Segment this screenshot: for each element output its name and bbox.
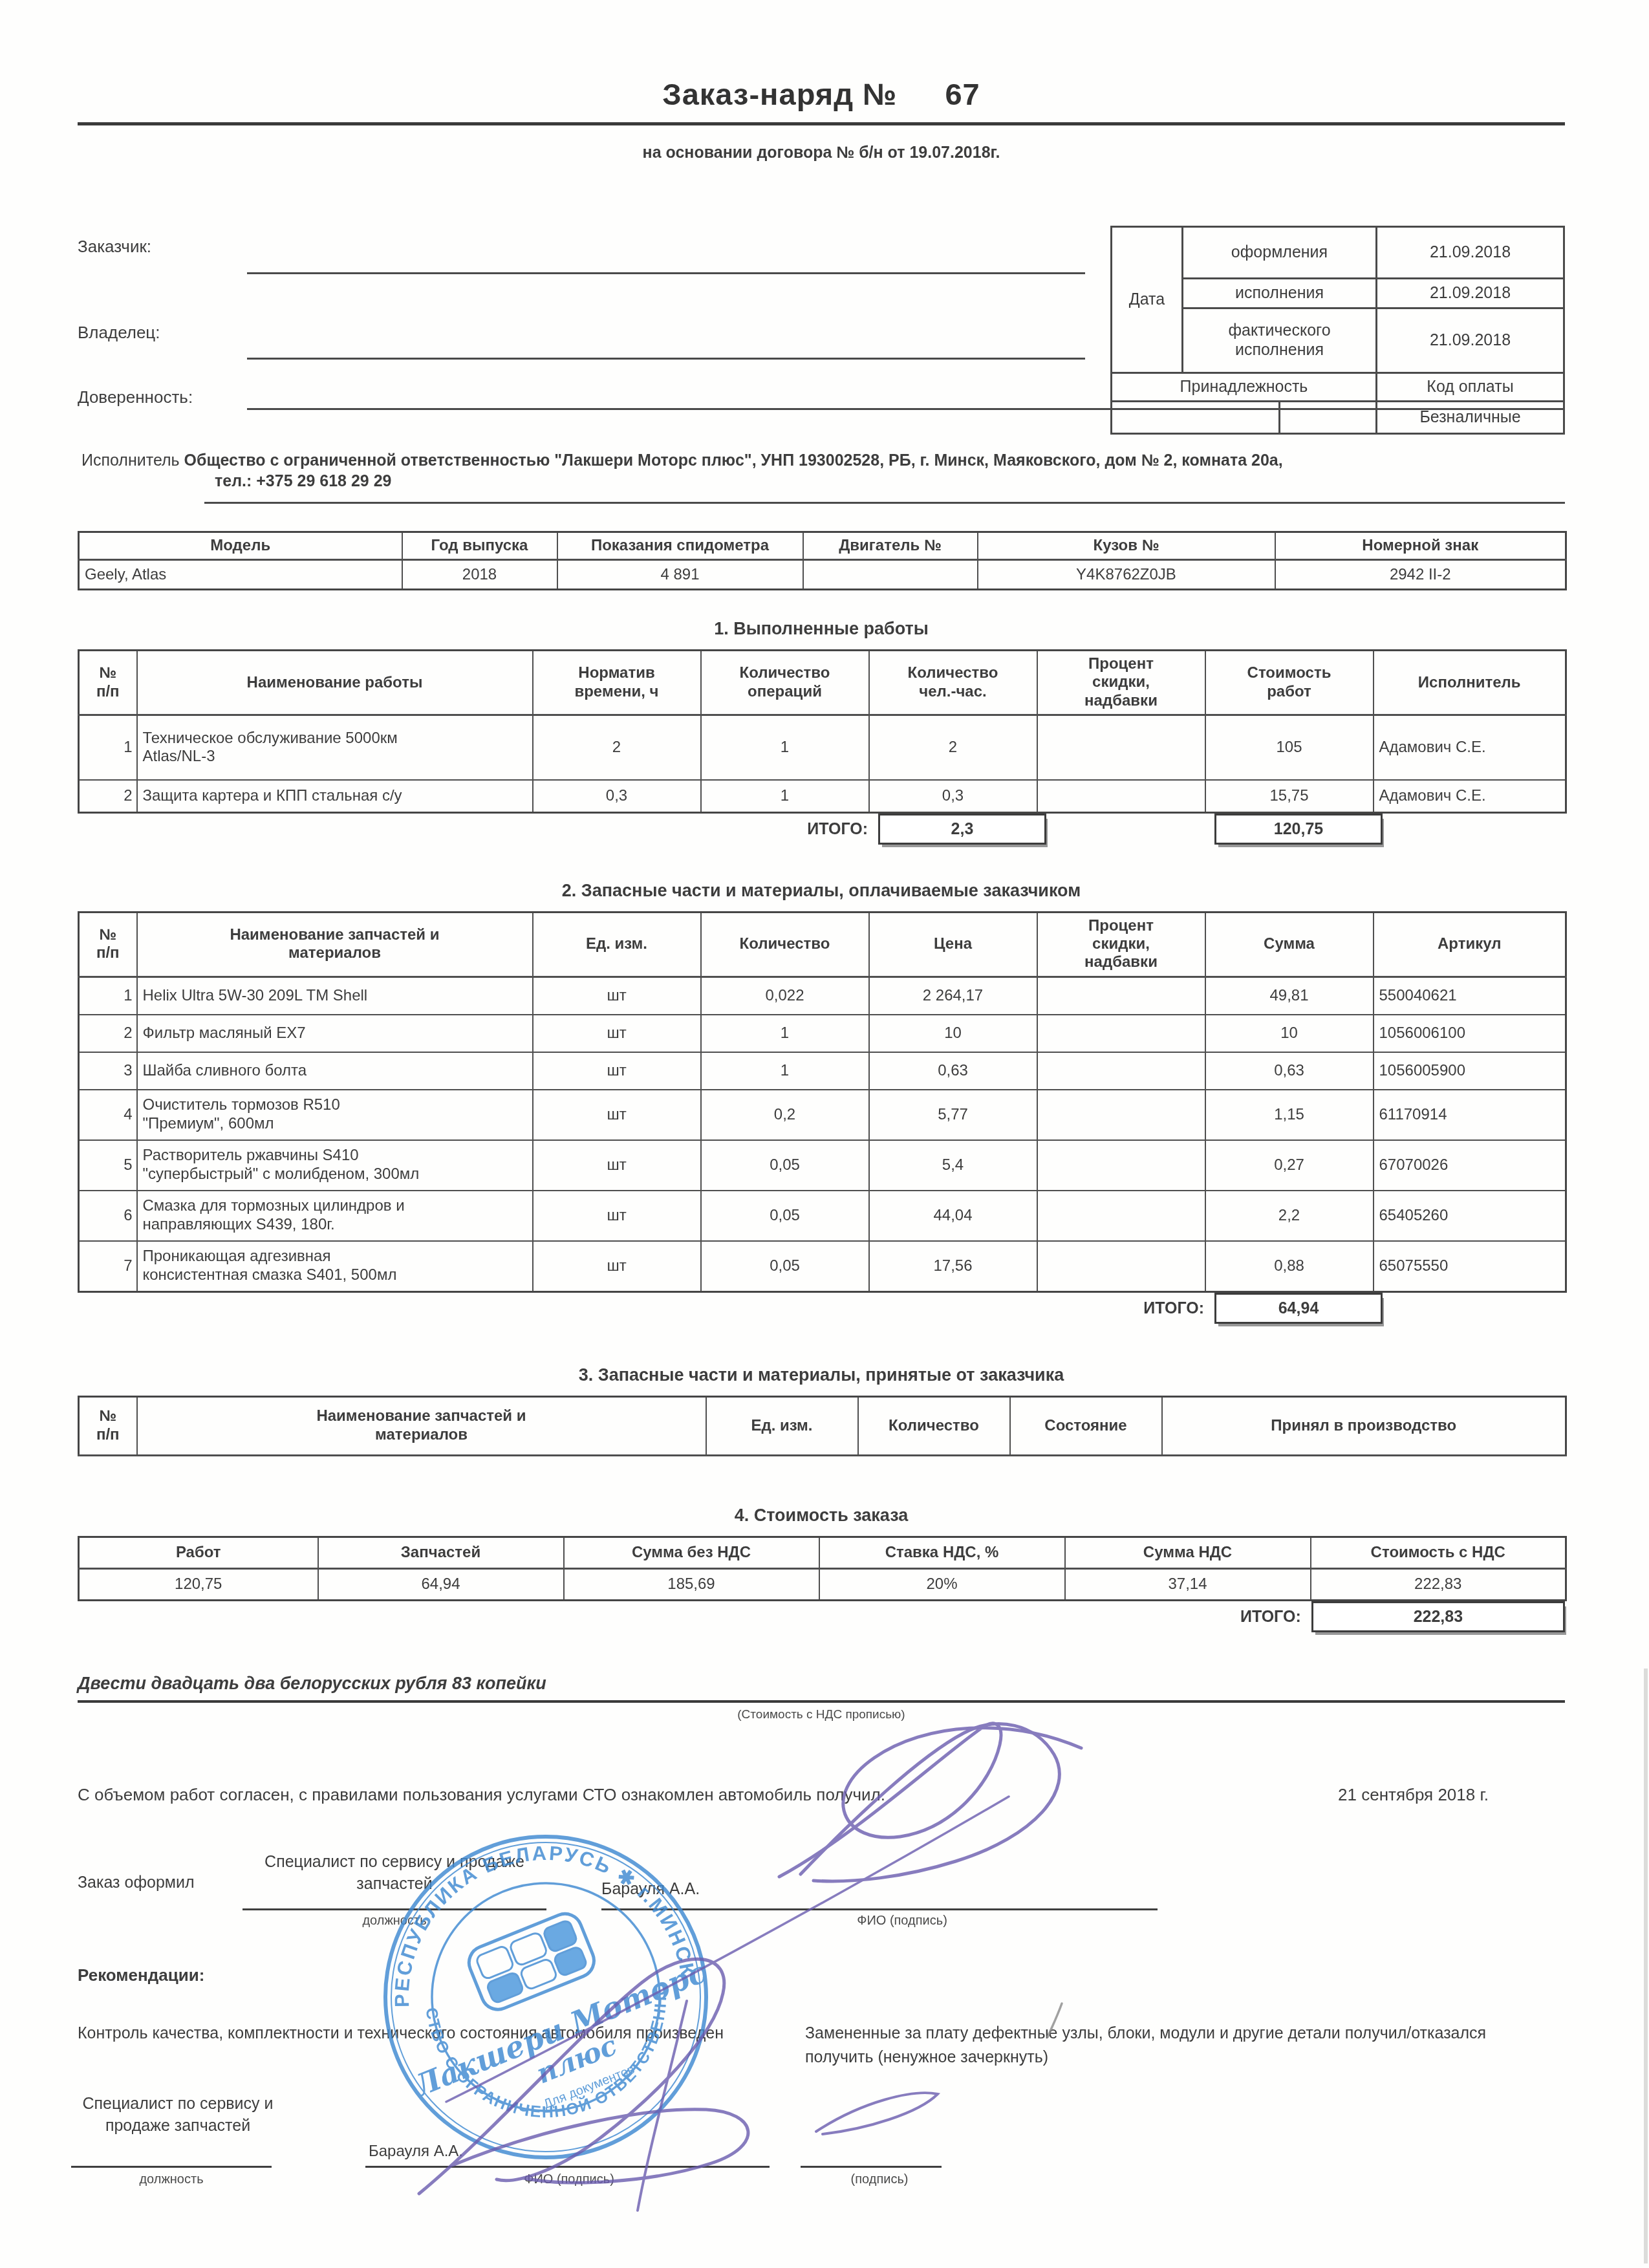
name-line-2 bbox=[365, 2166, 770, 2168]
vehicle-body: Y4K8762Z0JB bbox=[978, 560, 1275, 590]
parts-row: 4 Очиститель тормозов R510 "Премиум", 60… bbox=[79, 1090, 1566, 1140]
amount-in-words: Двести двадцать два белорусских рубля 83… bbox=[78, 1674, 1565, 1703]
date-exec-label: исполнения bbox=[1183, 279, 1377, 308]
cell: 2 bbox=[79, 780, 137, 812]
scan-edge-artifact bbox=[1644, 1669, 1648, 2263]
cost-col-net: Сумма без НДС bbox=[564, 1537, 819, 1568]
cell bbox=[1037, 1015, 1205, 1052]
sign-line-2 bbox=[801, 2166, 942, 2168]
parts-col-name: Наименование запчастей и материалов bbox=[137, 912, 533, 977]
cell: Helix Ultra 5W-30 209L TM Shell bbox=[137, 977, 533, 1015]
cell: 0,022 bbox=[701, 977, 869, 1015]
parts-row: 7 Проникающая адгезивная консистентная с… bbox=[79, 1241, 1566, 1292]
parts-col-num: № п/п bbox=[79, 912, 137, 977]
section4-title: 4. Стоимость заказа bbox=[78, 1506, 1565, 1526]
cell: 20% bbox=[819, 1568, 1065, 1600]
vehicle-engine bbox=[803, 560, 978, 590]
cell bbox=[1037, 1052, 1205, 1090]
cell: 2 bbox=[533, 715, 701, 781]
cell: 105 bbox=[1205, 715, 1374, 781]
works-total-label: ИТОГО: bbox=[78, 814, 878, 845]
client-col-qty: Количество bbox=[858, 1396, 1010, 1455]
cell: 15,75 bbox=[1205, 780, 1374, 812]
date-actual-label: фактического исполнения bbox=[1183, 308, 1377, 373]
client-col-accepted: Принял в производство bbox=[1162, 1396, 1566, 1455]
parts-row: 3 Шайба сливного болта шт 1 0,63 0,63 10… bbox=[79, 1052, 1566, 1090]
executor-phone: тел.: +375 29 618 29 29 bbox=[215, 471, 1565, 491]
acknowledgment-date: 21 сентября 2018 г. bbox=[1338, 1782, 1489, 1808]
cell: Защита картера и КПП стальная с/у bbox=[137, 780, 533, 812]
belonging-label: Принадлежность bbox=[1112, 373, 1377, 402]
date-actual-value: 21.09.2018 bbox=[1377, 308, 1564, 373]
position-text-2: Специалист по сервису и продаже запчасте… bbox=[78, 2093, 278, 2137]
cell: Проникающая адгезивная консистентная сма… bbox=[137, 1241, 533, 1292]
cell: 64,94 bbox=[318, 1568, 564, 1600]
cell: 6 bbox=[79, 1191, 137, 1241]
cell: 7 bbox=[79, 1241, 137, 1292]
parts-col-discount: Процент скидки, надбавки bbox=[1037, 912, 1205, 977]
customer-label: Заказчик: bbox=[78, 237, 151, 257]
vehicle-col-odometer: Показания спидометра bbox=[557, 532, 803, 560]
cell: 0,27 bbox=[1205, 1140, 1374, 1191]
spacer bbox=[1046, 814, 1214, 845]
cell: 1,15 bbox=[1205, 1090, 1374, 1140]
belonging-cell-1 bbox=[1112, 402, 1280, 434]
parts-col-sku: Артикул bbox=[1374, 912, 1566, 977]
cell: 17,56 bbox=[869, 1241, 1037, 1292]
cost-row: 120,75 64,94 185,69 20% 37,14 222,83 bbox=[79, 1568, 1566, 1600]
parts-col-price: Цена bbox=[869, 912, 1037, 977]
vehicle-year: 2018 bbox=[402, 560, 557, 590]
signature-block-1: Заказ оформил Специалист по сервису и пр… bbox=[78, 1846, 1565, 1950]
works-row: 2 Защита картера и КПП стальная с/у 0,3 … bbox=[79, 780, 1566, 812]
client-col-num: № п/п bbox=[79, 1396, 137, 1455]
works-total-row: ИТОГО: 2,3 120,75 bbox=[78, 814, 1565, 845]
cell: шт bbox=[533, 1191, 701, 1241]
header-rule bbox=[78, 122, 1565, 125]
payment-method: Безналичные bbox=[1377, 402, 1564, 434]
agreement-text: С объемом работ согласен, с правилами по… bbox=[78, 1782, 1048, 1808]
cost-col-gross: Стоимость с НДС bbox=[1311, 1537, 1566, 1568]
cell bbox=[1037, 715, 1205, 781]
works-col-cost: Стоимость работ bbox=[1205, 651, 1374, 715]
order-number: 67 bbox=[945, 76, 980, 112]
parts-total-label: ИТОГО: bbox=[78, 1293, 1214, 1324]
amount-caption: (Стоимость с НДС прописью) bbox=[78, 1708, 1565, 1722]
date-group-label: Дата bbox=[1112, 227, 1183, 373]
parts-col-sum: Сумма bbox=[1205, 912, 1374, 977]
cell: 65405260 bbox=[1374, 1191, 1566, 1241]
cost-col-works: Работ bbox=[79, 1537, 318, 1568]
cell: Шайба сливного болта bbox=[137, 1052, 533, 1090]
name-line-1 bbox=[601, 1908, 1158, 1911]
cell: Смазка для тормозных цилиндров и направл… bbox=[137, 1191, 533, 1241]
cost-total-value: 222,83 bbox=[1311, 1601, 1565, 1632]
client-parts-table: № п/п Наименование запчастей и материало… bbox=[78, 1396, 1567, 1456]
owner-label: Владелец: bbox=[78, 323, 160, 343]
section3-title: 3. Запасные части и материалы, принятые … bbox=[78, 1365, 1565, 1385]
cell: 0,05 bbox=[701, 1140, 869, 1191]
cell: 1 bbox=[701, 1015, 869, 1052]
parts-row: 2 Фильтр масляный EX7 шт 1 10 10 1056006… bbox=[79, 1015, 1566, 1052]
cell: 0,3 bbox=[869, 780, 1037, 812]
poa-label: Доверенность: bbox=[78, 387, 193, 407]
cell: 49,81 bbox=[1205, 977, 1374, 1015]
cost-total-label: ИТОГО: bbox=[78, 1601, 1311, 1632]
parts-total-sum: 64,94 bbox=[1214, 1293, 1383, 1324]
works-total-cost: 120,75 bbox=[1214, 814, 1383, 845]
works-table: № п/п Наименование работы Норматив време… bbox=[78, 649, 1567, 814]
works-col-name: Наименование работы bbox=[137, 651, 533, 715]
works-col-time: Норматив времени, ч bbox=[533, 651, 701, 715]
parts-total-row: ИТОГО: 64,94 bbox=[78, 1293, 1565, 1324]
section2-title: 2. Запасные части и материалы, оплачивае… bbox=[78, 881, 1565, 901]
owner-line bbox=[247, 358, 1085, 360]
replaced-parts-text: Замененные за плату дефектные узлы, блок… bbox=[805, 2022, 1491, 2070]
vehicle-col-model: Модель bbox=[79, 532, 402, 560]
works-col-num: № п/п bbox=[79, 651, 137, 715]
parts-col-qty: Количество bbox=[701, 912, 869, 977]
cell: Фильтр масляный EX7 bbox=[137, 1015, 533, 1052]
client-col-name: Наименование запчастей и материалов bbox=[137, 1396, 706, 1455]
cell: 2 bbox=[79, 1015, 137, 1052]
signer-name-1: Барауля А.А. bbox=[601, 1880, 700, 1899]
cost-col-vat-rate: Ставка НДС, % bbox=[819, 1537, 1065, 1568]
cell: шт bbox=[533, 1241, 701, 1292]
works-col-ops: Количество операций bbox=[701, 651, 869, 715]
cell: 10 bbox=[869, 1015, 1037, 1052]
cell: 0,05 bbox=[701, 1191, 869, 1241]
position-line-1 bbox=[242, 1908, 546, 1911]
parties-block: Заказчик: Владелец: Доверенность: Дата о… bbox=[78, 208, 1565, 531]
cell: 0,88 bbox=[1205, 1241, 1374, 1292]
cell: шт bbox=[533, 977, 701, 1015]
cell: шт bbox=[533, 1140, 701, 1191]
cell: 1 bbox=[79, 715, 137, 781]
vehicle-col-plate: Номерной знак bbox=[1275, 532, 1566, 560]
belonging-cell-2 bbox=[1280, 402, 1377, 434]
parts-row: 6 Смазка для тормозных цилиндров и напра… bbox=[79, 1191, 1566, 1241]
cell: 4 bbox=[79, 1090, 137, 1140]
cell: 10 bbox=[1205, 1015, 1374, 1052]
works-row: 1 Техническое обслуживание 5000км Atlas/… bbox=[79, 715, 1566, 781]
cell: 120,75 bbox=[79, 1568, 318, 1600]
works-col-discount: Процент скидки, надбавки bbox=[1037, 651, 1205, 715]
date-exec-value: 21.09.2018 bbox=[1377, 279, 1564, 308]
vehicle-col-body: Кузов № bbox=[978, 532, 1275, 560]
cost-col-parts: Запчастей bbox=[318, 1537, 564, 1568]
cell: шт bbox=[533, 1052, 701, 1090]
cell bbox=[1037, 1140, 1205, 1191]
sign-caption-2: (подпись) bbox=[808, 2172, 951, 2187]
name-caption-1: ФИО (подпись) bbox=[757, 1914, 1048, 1928]
title-label: Заказ-наряд № bbox=[662, 76, 897, 112]
cell bbox=[1037, 1191, 1205, 1241]
cell: 1056006100 bbox=[1374, 1015, 1566, 1052]
position-caption-1: должность bbox=[242, 1914, 546, 1928]
work-order-document: Заказ-наряд № 67 на основании договора №… bbox=[0, 0, 1649, 2268]
works-col-manhours: Количество чел.-час. bbox=[869, 651, 1037, 715]
cell: 61170914 bbox=[1374, 1090, 1566, 1140]
cell: шт bbox=[533, 1090, 701, 1140]
cell: 5 bbox=[79, 1140, 137, 1191]
cell bbox=[1037, 1241, 1205, 1292]
cell bbox=[1037, 780, 1205, 812]
signature-block-2: Специалист по сервису и продаже запчасте… bbox=[78, 2093, 1565, 2249]
cell: 1 bbox=[701, 715, 869, 781]
cell: Растворитель ржавчины S410 "супербыстрый… bbox=[137, 1140, 533, 1191]
cell: 1 bbox=[79, 977, 137, 1015]
cell: 185,69 bbox=[564, 1568, 819, 1600]
cell: 2 264,17 bbox=[869, 977, 1037, 1015]
cell: 0,3 bbox=[533, 780, 701, 812]
vehicle-col-engine: Двигатель № bbox=[803, 532, 978, 560]
vehicle-odometer: 4 891 bbox=[557, 560, 803, 590]
client-col-state: Состояние bbox=[1010, 1396, 1162, 1455]
cell: 222,83 bbox=[1311, 1568, 1566, 1600]
date-issue-value: 21.09.2018 bbox=[1377, 227, 1564, 279]
executor-block: Исполнитель Общество с ограниченной отве… bbox=[81, 450, 1565, 491]
cost-col-vat: Сумма НДС bbox=[1065, 1537, 1311, 1568]
executor-underline bbox=[204, 502, 1565, 504]
client-col-unit: Ед. изм. bbox=[706, 1396, 858, 1455]
cell: Техническое обслуживание 5000км Atlas/NL… bbox=[137, 715, 533, 781]
cell: 0,63 bbox=[1205, 1052, 1374, 1090]
vehicle-row: Geely, Atlas 2018 4 891 Y4K8762Z0JB 2942… bbox=[79, 560, 1566, 590]
cell: 65075550 bbox=[1374, 1241, 1566, 1292]
cell: 44,04 bbox=[869, 1191, 1037, 1241]
cell: 5,4 bbox=[869, 1140, 1037, 1191]
cell: 550040621 bbox=[1374, 977, 1566, 1015]
cell: шт bbox=[533, 1015, 701, 1052]
cell: Адамович С.Е. bbox=[1374, 715, 1566, 781]
vehicle-plate: 2942 II-2 bbox=[1275, 560, 1566, 590]
vehicle-model: Geely, Atlas bbox=[79, 560, 402, 590]
order-by-label: Заказ оформил bbox=[78, 1874, 195, 1892]
dates-table: Дата оформления 21.09.2018 исполнения 21… bbox=[1110, 226, 1565, 435]
cell: 0,05 bbox=[701, 1241, 869, 1292]
cell: 1 bbox=[701, 780, 869, 812]
acknowledgment-row: С объемом работ согласен, с правилами по… bbox=[78, 1782, 1565, 1808]
cell: 37,14 bbox=[1065, 1568, 1311, 1600]
vehicle-col-year: Год выпуска bbox=[402, 532, 557, 560]
position-line-2 bbox=[71, 2166, 272, 2168]
name-caption-2: ФИО (подпись) bbox=[440, 2172, 698, 2187]
page-title: Заказ-наряд № 67 bbox=[78, 76, 1565, 112]
cell: Адамович С.Е. bbox=[1374, 780, 1566, 812]
cell: 1 bbox=[701, 1052, 869, 1090]
cell: 2,2 bbox=[1205, 1191, 1374, 1241]
cell: 67070026 bbox=[1374, 1140, 1566, 1191]
quality-control-text: Контроль качества, комплектности и техни… bbox=[78, 2022, 753, 2070]
cell: 1056005900 bbox=[1374, 1052, 1566, 1090]
cell: Очиститель тормозов R510 "Премиум", 600м… bbox=[137, 1090, 533, 1140]
cost-total-row: ИТОГО: 222,83 bbox=[78, 1601, 1565, 1632]
works-col-executor: Исполнитель bbox=[1374, 651, 1566, 715]
cell: 3 bbox=[79, 1052, 137, 1090]
executor-prefix: Исполнитель bbox=[81, 451, 180, 470]
cell: 0,2 bbox=[701, 1090, 869, 1140]
works-total-hours: 2,3 bbox=[878, 814, 1046, 845]
control-row: Контроль качества, комплектности и техни… bbox=[78, 2022, 1565, 2070]
cell: 0,63 bbox=[869, 1052, 1037, 1090]
executor-company: Общество с ограниченной ответственностью… bbox=[184, 451, 1283, 470]
cell: 5,77 bbox=[869, 1090, 1037, 1140]
parts-row: 1 Helix Ultra 5W-30 209L TM Shell шт 0,0… bbox=[79, 977, 1566, 1015]
recommendations-label: Рекомендации: bbox=[78, 1965, 1565, 1985]
parts-table: № п/п Наименование запчастей и материало… bbox=[78, 911, 1567, 1293]
section1-title: 1. Выполненные работы bbox=[78, 619, 1565, 639]
cost-table: Работ Запчастей Сумма без НДС Ставка НДС… bbox=[78, 1536, 1567, 1601]
payment-code-label: Код оплаты bbox=[1377, 373, 1564, 402]
parts-col-unit: Ед. изм. bbox=[533, 912, 701, 977]
position-text-1: Специалист по сервису и продаже запчасте… bbox=[242, 1852, 546, 1895]
signer-name-2: Барауля А.А. bbox=[369, 2143, 463, 2161]
vehicle-table: Модель Год выпуска Показания спидометра … bbox=[78, 531, 1567, 590]
cell bbox=[1037, 1090, 1205, 1140]
cell bbox=[1037, 977, 1205, 1015]
cell: 2 bbox=[869, 715, 1037, 781]
position-caption-2: должность bbox=[71, 2172, 272, 2187]
contract-basis: на основании договора № б/н от 19.07.201… bbox=[78, 144, 1565, 162]
date-issue-label: оформления bbox=[1183, 227, 1377, 279]
parts-row: 5 Растворитель ржавчины S410 "супербыстр… bbox=[79, 1140, 1566, 1191]
customer-line bbox=[247, 272, 1085, 274]
